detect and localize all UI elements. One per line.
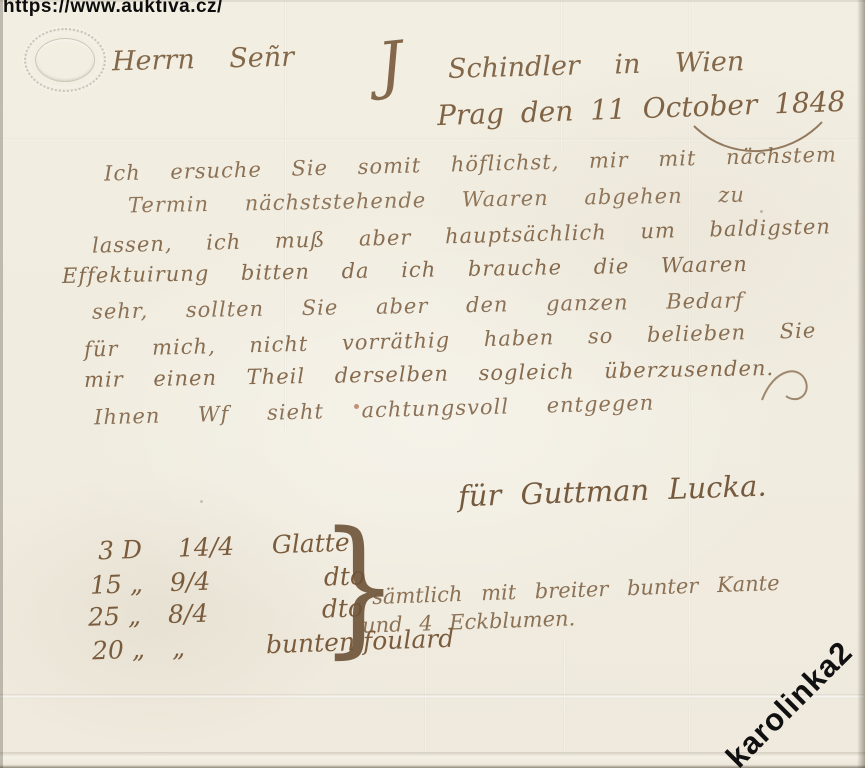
- body-line: Effektuirung bitten da ich brauche die W…: [62, 252, 748, 288]
- embossed-seal-icon: [24, 28, 106, 92]
- order-size: „: [172, 631, 259, 663]
- order-row: 3 D 14/4 Glatte: [98, 528, 351, 566]
- fold-crease-horizontal: [0, 694, 865, 699]
- fold-crease-horizontal: [0, 138, 865, 141]
- order-size: 9/4: [169, 565, 256, 597]
- body-line: lassen, ich muß aber hauptsächlich um ba…: [92, 214, 831, 257]
- paper-speck: [760, 210, 763, 213]
- signature-line: für Guttman Lucka.: [458, 469, 768, 514]
- source-url-overlay: https://www.auktiva.cz/: [3, 0, 223, 18]
- fold-crease-vertical: [563, 640, 566, 768]
- body-line: für mich, nicht vorräthig haben so belie…: [84, 318, 817, 361]
- letter-scan: https://www.auktiva.cz/ Herrn Señr J Sch…: [0, 0, 865, 768]
- order-size: 8/4: [167, 597, 254, 629]
- body-line: Ihnen Wf sieht achtungsvoll entgegen: [94, 391, 655, 430]
- order-qty: 3 D: [98, 534, 171, 565]
- paper-speck: [200, 500, 203, 503]
- order-size: 14/4: [177, 531, 264, 563]
- order-qty: 25 „: [88, 600, 161, 631]
- recipient-initial-flourish: J: [374, 27, 406, 102]
- order-qty: 20 „: [92, 634, 165, 665]
- paper-left-edge: [0, 0, 3, 768]
- embossed-seal-inner-ring: [35, 38, 95, 82]
- recipient-name: Schindler in Wien: [448, 46, 745, 85]
- order-qty: 15 „: [90, 568, 163, 599]
- watermark-text: karolinka2: [719, 580, 865, 768]
- body-line: mir einen Theil derselben sogleich überz…: [84, 356, 774, 392]
- fold-crease-vertical: [424, 636, 427, 768]
- body-line: Ich ersuche Sie somit höflichst, mir mit…: [104, 142, 837, 185]
- dateline: Prag den 11 October 1848: [437, 85, 846, 132]
- body-line: sehr, sollten Sie aber den ganzen Bedarf: [92, 288, 744, 323]
- recipient-line: Herrn Señr: [112, 42, 295, 78]
- body-line: Termin nächststehende Waaren abgehen zu: [128, 183, 745, 218]
- order-note-line: sämtlich mit breiter bunter Kante: [372, 571, 780, 609]
